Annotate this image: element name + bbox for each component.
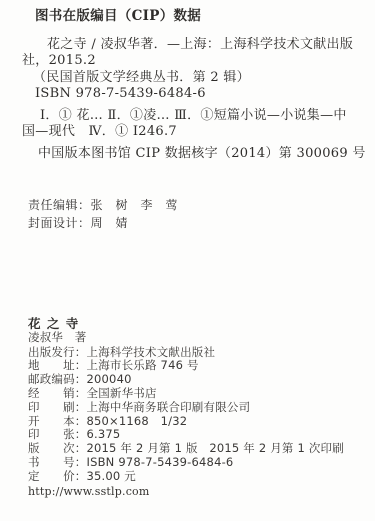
colophon-value: 全国新华书店	[87, 386, 157, 400]
cip-series-note: （民国首版文学经典丛书．第 2 辑）	[33, 70, 367, 87]
colophon-label: 印 刷：	[28, 400, 87, 414]
colophon-row-price: 定 价：35.00 元	[28, 470, 369, 484]
staff-label: 责任编辑：	[28, 198, 91, 212]
staff-value: 张 树 李 莺	[91, 198, 179, 212]
colophon-block: 花 之 寺 凌叔华 著 出版发行：上海科学技术文献出版社 地 址：上海市长乐路 …	[28, 317, 369, 498]
cip-entry-line-2: 社，2015.2	[22, 53, 367, 70]
colophon-value: ISBN 978-7-5439-6484-6	[87, 455, 234, 469]
colophon-label: 地 址：	[28, 358, 87, 372]
cip-record-number: 中国版本图书馆 CIP 数据核字（2014）第 300069 号	[38, 146, 367, 163]
book-author: 凌叔华 著	[28, 331, 369, 345]
cip-classification-line-2: 国—现代 Ⅳ．① I246.7	[22, 124, 367, 141]
staff-value: 周 婧	[91, 216, 129, 230]
colophon-value: 6.375	[87, 427, 121, 441]
publisher-website-url: http://www.sstlp.com	[28, 485, 369, 499]
cip-isbn: ISBN 978-7-5439-6484-6	[35, 86, 367, 103]
staff-label: 封面设计：	[28, 216, 91, 230]
colophon-value: 35.00 元	[87, 469, 136, 483]
cip-classification-line-1: Ⅰ．① 花… Ⅱ．①凌… Ⅲ．①短篇小说—小说集—中	[40, 108, 367, 125]
colophon-label: 版 次：	[28, 441, 87, 455]
colophon-row-postcode: 邮政编码：200040	[28, 373, 369, 387]
colophon-row-distribution: 经 销：全国新华书店	[28, 387, 369, 401]
staff-block: 责任编辑：张 树 李 莺 封面设计：周 婧	[28, 196, 178, 232]
staff-row-editor: 责任编辑：张 树 李 莺	[28, 196, 178, 214]
colophon-row-sheets: 印 张：6.375	[28, 428, 369, 442]
colophon-row-publisher: 出版发行：上海科学技术文献出版社	[28, 346, 369, 360]
colophon-label: 经 销：	[28, 386, 87, 400]
colophon-row-edition: 版 次：2015 年 2 月第 1 版 2015 年 2 月第 1 次印刷	[28, 442, 369, 456]
staff-row-cover-design: 封面设计：周 婧	[28, 214, 178, 232]
colophon-label: 定 价：	[28, 469, 87, 483]
colophon-label: 开 本：	[28, 414, 87, 428]
cip-heading: 图书在版编目（CIP）数据	[35, 8, 367, 25]
colophon-value: 上海科学技术文献出版社	[87, 345, 216, 359]
colophon-value: 上海中华商务联合印刷有限公司	[87, 400, 251, 414]
copyright-page: 图书在版编目（CIP）数据 花之寺 / 凌叔华著．—上海：上海科学技术文献出版 …	[0, 0, 375, 521]
cip-block: 图书在版编目（CIP）数据 花之寺 / 凌叔华著．—上海：上海科学技术文献出版 …	[22, 8, 367, 162]
colophon-value: 2015 年 2 月第 1 版 2015 年 2 月第 1 次印刷	[87, 441, 344, 455]
colophon-row-book-number: 书 号：ISBN 978-7-5439-6484-6	[28, 456, 369, 470]
colophon-label: 出版发行：	[28, 345, 87, 359]
colophon-value: 200040	[87, 372, 132, 386]
book-title: 花 之 寺	[28, 317, 369, 331]
colophon-label: 印 张：	[28, 427, 87, 441]
colophon-row-printing: 印 刷：上海中华商务联合印刷有限公司	[28, 401, 369, 415]
colophon-label: 邮政编码：	[28, 372, 87, 386]
colophon-value: 上海市长乐路 746 号	[87, 358, 199, 372]
colophon-label: 书 号：	[28, 455, 87, 469]
colophon-row-address: 地 址：上海市长乐路 746 号	[28, 359, 369, 373]
cip-entry-line-1: 花之寺 / 凌叔华著．—上海：上海科学技术文献出版	[47, 37, 367, 54]
colophon-value: 850×1168 1/32	[87, 414, 188, 428]
colophon-row-format: 开 本：850×1168 1/32	[28, 415, 369, 429]
